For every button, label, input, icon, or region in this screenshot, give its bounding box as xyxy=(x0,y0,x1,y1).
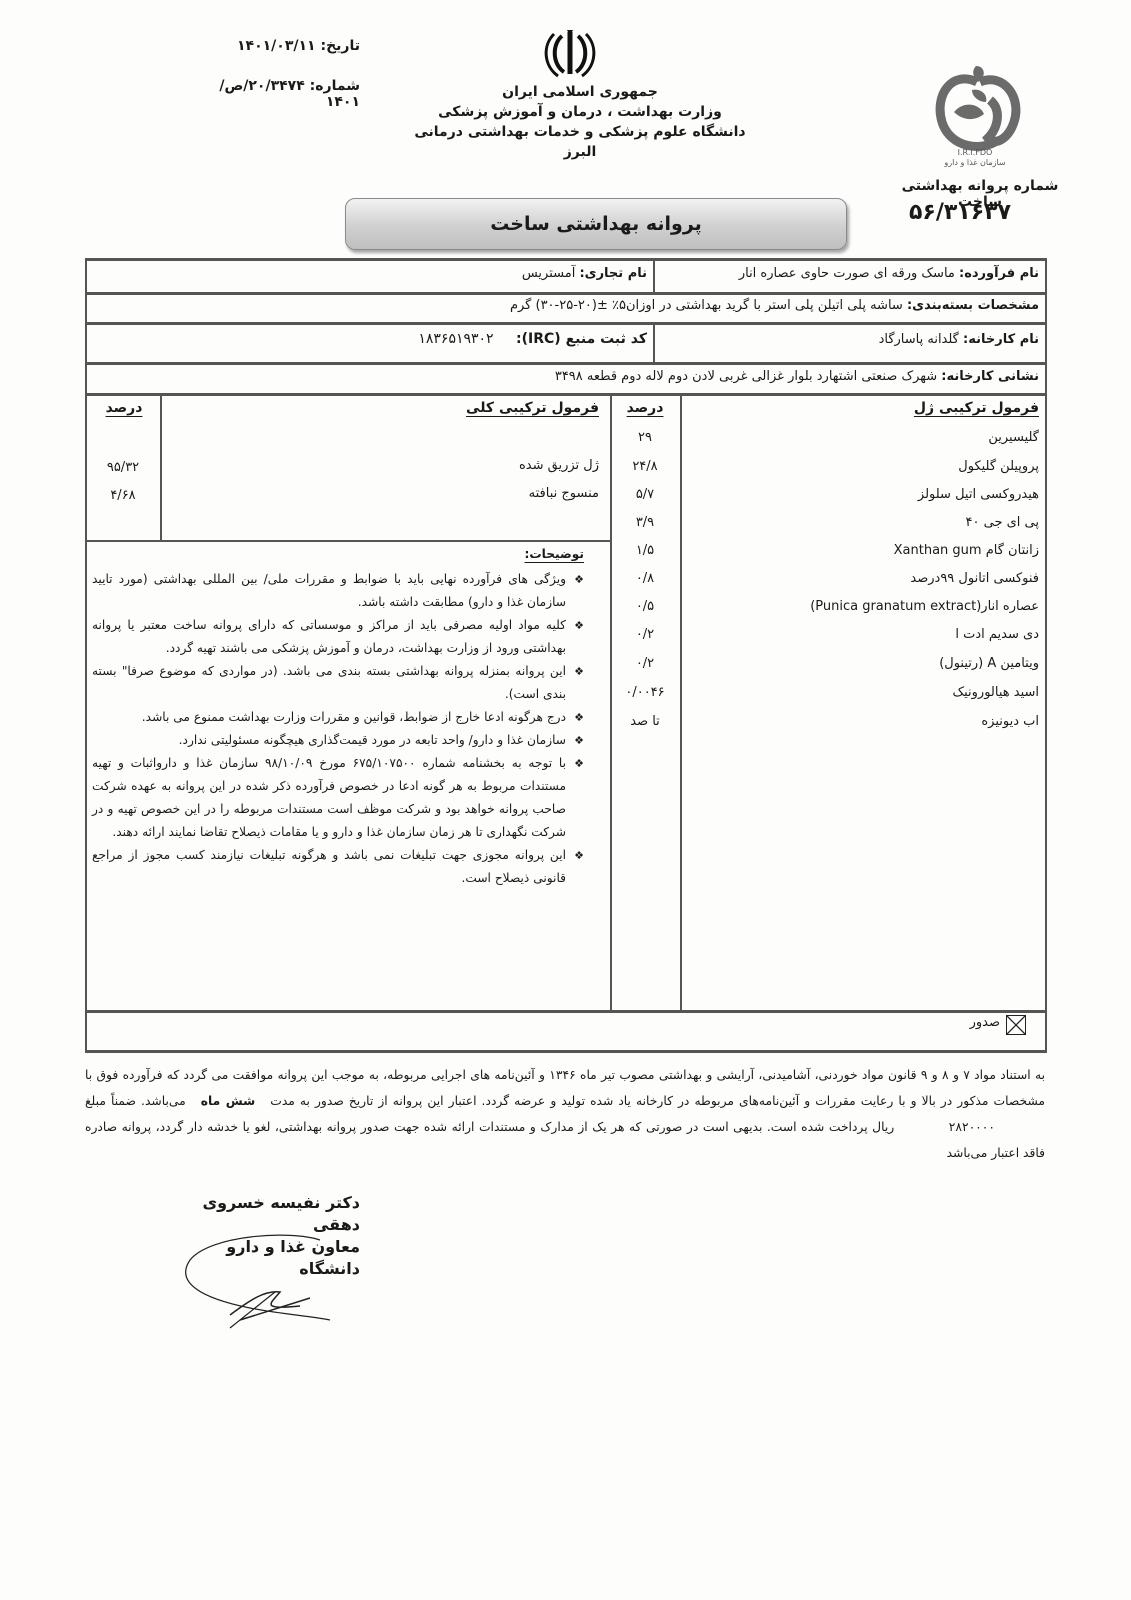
license-number-value: ۵۶/۳۱۶۳۷ xyxy=(880,200,1040,225)
total-notes-divider xyxy=(85,540,612,542)
component-name: ژل تزریق شده xyxy=(519,458,599,473)
page-title: پروانه بهداشتی ساخت xyxy=(345,198,847,250)
government-heading: جمهوری اسلامی ایران وزارت بهداشت ، درمان… xyxy=(400,82,760,162)
note-item: درج هرگونه ادعا خارج از ضوابط، قوانین و … xyxy=(92,706,584,729)
irc-value: ۱۸۳۶۵۱۹۳۰۲ xyxy=(418,331,493,347)
legal-text-3: ریال پرداخت شده است. بدیهی است در صورتی … xyxy=(85,1120,1045,1160)
table-rule xyxy=(85,322,1047,325)
table-rule xyxy=(85,362,1047,365)
date-value: ۱۴۰۱/۰۳/۱۱ xyxy=(237,38,316,54)
table-rule xyxy=(85,1050,1047,1053)
component-percent: ۴/۶۸ xyxy=(88,488,158,503)
gel-formula-divider xyxy=(680,395,682,1010)
legal-text-2: می‌باشد. ضمناً مبلغ xyxy=(85,1094,186,1108)
irc-label: کد ثبت منبع (IRC): xyxy=(516,331,647,347)
university-name: دانشگاه علوم پزشکی و خدمات بهداشتی درمان… xyxy=(400,122,760,162)
legal-statement: به استناد مواد ۷ و ۸ و ۹ قانون مواد خورد… xyxy=(85,1062,1045,1166)
total-formula-title: فرمول ترکیبی کلی xyxy=(466,400,599,416)
gel-percent-header: درصد xyxy=(612,400,678,416)
table-rule xyxy=(85,292,1047,295)
ingredient-name: زانتان گام Xanthan gum xyxy=(894,543,1039,558)
product-name-label: نام فرآورده: xyxy=(959,266,1039,281)
note-item: کلیه مواد اولیه مصرفی باید از مراکز و مو… xyxy=(92,614,584,660)
note-item: این پروانه مجوزی جهت تبلیغات نمی باشد و … xyxy=(92,844,584,890)
packaging-label: مشخصات بسته‌بندی: xyxy=(907,298,1039,313)
product-name-value: ماسک ورقه ای صورت حاوی عصاره انار xyxy=(739,266,955,281)
factory-address-field: نشانی کارخانه: شهرک صنعتی اشتهارد بلوار … xyxy=(555,369,1039,384)
letter-date: تاریخ: ۱۴۰۱/۰۳/۱۱ xyxy=(200,38,360,54)
ingredient-name: عصاره انار(Punica granatum extract) xyxy=(810,599,1039,614)
ingredient-name: دی سدیم ادت ا xyxy=(955,627,1039,642)
fee-amount: ۲۸۲۰۰۰۰ xyxy=(949,1120,995,1134)
total-percent-header: درصد xyxy=(88,400,160,416)
ingredient-percent: ۲۴/۸ xyxy=(610,459,680,474)
ingredient-name: ویتامین A (رتینول) xyxy=(939,656,1039,671)
iran-emblem-icon xyxy=(540,28,600,80)
gel-formula-title: فرمول ترکیبی ژل xyxy=(914,400,1039,416)
factory-name-value: گلدانه پاسارگاد xyxy=(879,332,959,347)
signature-icon xyxy=(170,1220,340,1330)
factory-address-value: شهرک صنعتی اشتهارد بلوار غزالی غربی لادن… xyxy=(555,369,937,384)
component-name: منسوج نبافته xyxy=(529,486,599,501)
ingredient-percent: ۰/۸ xyxy=(610,571,680,586)
logo-caption-en: I.R.I.FDO xyxy=(915,148,1035,158)
ingredient-percent: تا صد xyxy=(610,714,680,729)
notes-section: توضیحات: ویژگی های فرآورده نهایی باید با… xyxy=(92,543,584,890)
note-item: سازمان غذا و دارو/ واحد تابعه در مورد قی… xyxy=(92,729,584,752)
number-label: شماره: xyxy=(310,78,360,94)
ingredient-percent: ۰/۲ xyxy=(610,656,680,671)
ingredient-percent: ۳/۹ xyxy=(610,515,680,530)
table-rule xyxy=(85,1010,1047,1013)
note-item: ویژگی های فرآورده نهایی باید با ضوابط و … xyxy=(92,568,584,614)
page-title-text: پروانه بهداشتی ساخت xyxy=(490,213,702,235)
ingredient-name: پی ای جی ۴۰ xyxy=(966,515,1039,530)
irc-field: کد ثبت منبع (IRC): ۱۸۳۶۵۱۹۳۰۲ xyxy=(418,331,647,347)
ingredient-name: پروپیلن گلیکول xyxy=(958,459,1039,474)
irfda-logo-icon xyxy=(932,60,1022,160)
country-name: جمهوری اسلامی ایران xyxy=(400,82,760,102)
ingredient-name: فنوکسی اتانول ۹۹درصد xyxy=(910,571,1039,586)
ingredient-name: گلیسیرین xyxy=(988,430,1039,445)
table-rule xyxy=(85,393,1047,396)
total-percent-divider xyxy=(160,395,162,540)
ingredient-percent: ۰/۰۰۴۶ xyxy=(610,685,680,700)
date-label: تاریخ: xyxy=(320,38,360,54)
brand-name-field: نام تجاری: آمستریس xyxy=(522,266,647,281)
table-rule xyxy=(85,258,1047,261)
ingredient-percent: ۵/۷ xyxy=(610,487,680,502)
factory-name-field: نام کارخانه: گلدانه پاسارگاد xyxy=(879,332,1039,347)
ingredient-percent: ۰/۲ xyxy=(610,627,680,642)
ministry-name: وزارت بهداشت ، درمان و آموزش پزشکی xyxy=(400,102,760,122)
brand-name-label: نام تجاری: xyxy=(579,266,647,281)
logo-caption-fa: سازمان غذا و دارو xyxy=(915,158,1035,168)
ingredient-percent: ۰/۵ xyxy=(610,599,680,614)
logo-caption: I.R.I.FDO سازمان غذا و دارو xyxy=(915,148,1035,168)
factory-name-label: نام کارخانه: xyxy=(963,332,1039,347)
product-name-field: نام فرآورده: ماسک ورقه ای صورت حاوی عصار… xyxy=(739,266,1039,281)
ingredient-name: هیدروکسی اتیل سلولز xyxy=(918,487,1039,502)
brand-name-value: آمستریس xyxy=(522,266,575,281)
factory-address-label: نشانی کارخانه: xyxy=(941,369,1039,384)
letter-number: شماره: ۲۰/۳۴۷۴/ص/۱۴۰۱ xyxy=(200,78,360,110)
packaging-field: مشخصات بسته‌بندی: ساشه پلی اتیلن پلی است… xyxy=(510,298,1039,313)
notes-title: توضیحات: xyxy=(92,543,584,566)
table-border-left xyxy=(85,258,87,1053)
packaging-value: ساشه پلی اتیلن پلی استر با گرید بهداشتی … xyxy=(510,298,903,313)
row-divider xyxy=(653,260,655,293)
component-percent: ۹۵/۳۲ xyxy=(88,460,158,475)
note-item: این پروانه بمنزله پروانه بهداشتی بسته بن… xyxy=(92,660,584,706)
issue-label: صدور xyxy=(960,1015,1000,1030)
ingredient-name: اسید هیالورونیک xyxy=(952,685,1039,700)
note-item: با توجه به بخشنامه شماره ۶۷۵/۱۰۷۵۰۰ مورخ… xyxy=(92,752,584,844)
ingredient-name: اب دیونیزه xyxy=(981,714,1039,729)
validity-period: شش ماه xyxy=(201,1094,255,1108)
ingredient-percent: ۲۹ xyxy=(610,430,680,445)
row-divider xyxy=(653,324,655,363)
issue-checkbox[interactable] xyxy=(1006,1015,1026,1035)
table-border-right xyxy=(1045,258,1047,1053)
ingredient-percent: ۱/۵ xyxy=(610,543,680,558)
